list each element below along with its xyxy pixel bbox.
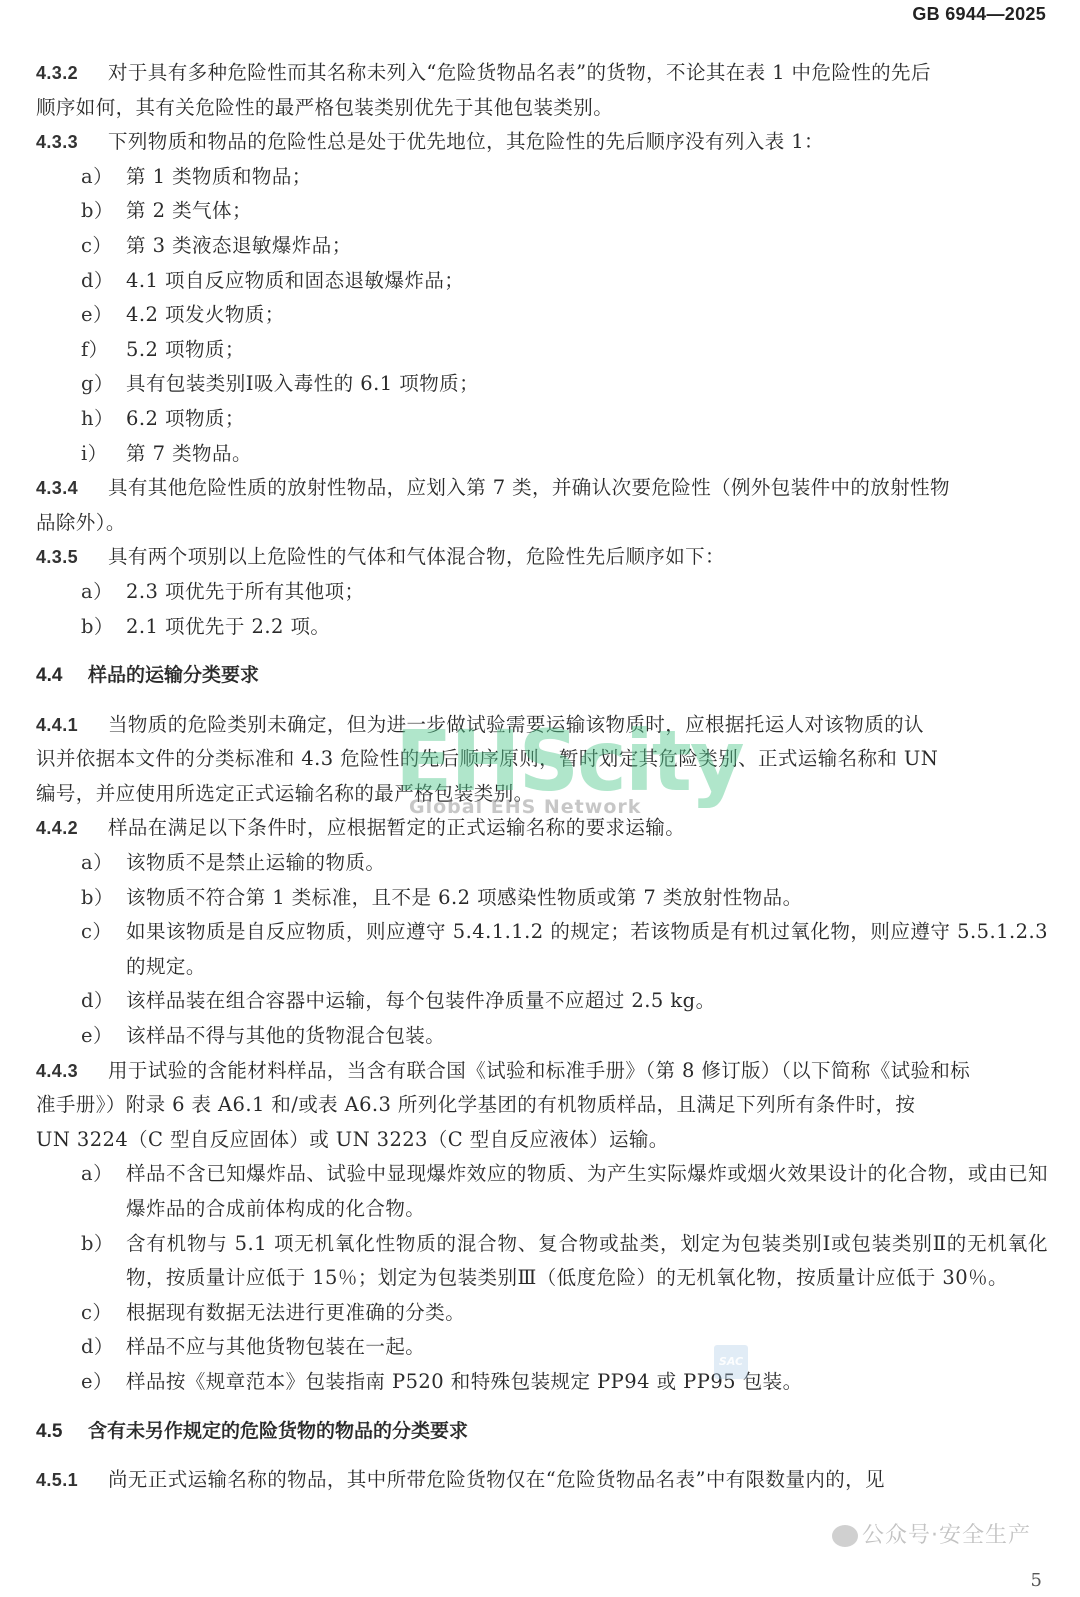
list-label: g） — [81, 367, 114, 402]
wechat-icon — [832, 1525, 858, 1547]
list-item: i）第 7 类物品。 — [36, 437, 1048, 472]
list-item: b）含有机物与 5.1 项无机氧化性物质的混合物、复合物或盐类，划定为包装类别Ⅰ… — [36, 1227, 1048, 1296]
list-item: a）第 1 类物质和物品； — [36, 160, 1048, 195]
list-label: b） — [81, 194, 114, 229]
clause-text-continued: 品除外）。 — [36, 506, 1048, 541]
clause-number: 4.3.3 — [36, 125, 108, 160]
list-label: d） — [81, 264, 114, 299]
clause-number: 4.3.5 — [36, 540, 108, 575]
list-label: b） — [81, 610, 114, 645]
list-item: e）4.2 项发火物质； — [36, 298, 1048, 333]
list-item: d）样品不应与其他货物包装在一起。 — [36, 1330, 1048, 1365]
list-item: a）2.3 项优先于所有其他项； — [36, 575, 1048, 610]
list-item: a）样品不含已知爆炸品、试验中显现爆炸效应的物质、为产生实际爆炸或烟火效果设计的… — [36, 1157, 1048, 1226]
clause-number: 4.4.3 — [36, 1054, 108, 1089]
clause-number: 4.4.2 — [36, 811, 108, 846]
clause-4-4-3-list: a）样品不含已知爆炸品、试验中显现爆炸效应的物质、为产生实际爆炸或烟火效果设计的… — [36, 1157, 1048, 1399]
clause-4-5-1: 4.5.1尚无正式运输名称的物品，其中所带危险货物仅在“危险货物品名表”中有限数… — [36, 1463, 1048, 1498]
clause-4-4-1: 4.4.1当物质的危险类别未确定，但为进一步做试验需要运输该物质时，应根据托运人… — [36, 708, 1048, 812]
list-label: a） — [81, 160, 113, 195]
list-label: e） — [81, 1365, 113, 1400]
list-item: b）2.1 项优先于 2.2 项。 — [36, 610, 1048, 645]
list-label: i） — [81, 437, 108, 472]
list-item: c）如果该物质是自反应物质，则应遵守 5.4.1.1.2 的规定；若该物质是有机… — [36, 915, 1048, 984]
list-label: c） — [81, 229, 112, 264]
list-item: d）4.1 项自反应物质和固态退敏爆炸品； — [36, 264, 1048, 299]
clause-4-3-2: 4.3.2对于具有多种危险性而其名称未列入“危险货物品名表”的货物，不论其在表 … — [36, 56, 1048, 125]
list-label: e） — [81, 1019, 113, 1054]
list-text: 该样品不得与其他的货物混合包装。 — [126, 1024, 445, 1047]
list-text: 2.3 项优先于所有其他项； — [126, 580, 365, 603]
section-number: 4.5 — [36, 1415, 88, 1450]
clause-number: 4.4.1 — [36, 708, 108, 743]
list-label: f） — [81, 333, 109, 368]
list-text: 第 1 类物质和物品； — [126, 165, 312, 188]
clause-4-3-5: 4.3.5具有两个项别以上危险性的气体和气体混合物，危险性先后顺序如下： — [36, 540, 1048, 575]
clause-4-4-3: 4.4.3用于试验的含能材料样品，当含有联合国《试验和标准手册》（第 8 修订版… — [36, 1054, 1048, 1158]
list-item: f）5.2 项物质； — [36, 333, 1048, 368]
clause-4-4-2: 4.4.2样品在满足以下条件时，应根据暂定的正式运输名称的要求运输。 — [36, 811, 1048, 846]
page-number: 5 — [1031, 1570, 1042, 1591]
list-text: 根据现有数据无法进行更准确的分类。 — [126, 1301, 465, 1324]
clause-text-continued: 识并依据本文件的分类标准和 4.3 危险性的先后顺序原则，暂时划定其危险类别、正… — [36, 742, 1048, 777]
clause-text: 具有两个项别以上危险性的气体和气体混合物，危险性先后顺序如下： — [108, 545, 725, 568]
list-text: 第 2 类气体； — [126, 199, 252, 222]
section-heading-4-5: 4.5含有未另作规定的危险货物的物品的分类要求 — [36, 1414, 1048, 1450]
list-item: g）具有包装类别Ⅰ吸入毒性的 6.1 项物质； — [36, 367, 1048, 402]
list-item: b）该物质不符合第 1 类标准，且不是 6.2 项感染性物质或第 7 类放射性物… — [36, 881, 1048, 916]
list-label: a） — [81, 1157, 113, 1192]
list-text: 4.2 项发火物质； — [126, 303, 285, 326]
clause-text: 对于具有多种危险性而其名称未列入“危险货物品名表”的货物，不论其在表 1 中危险… — [108, 61, 931, 84]
clause-text: 当物质的危险类别未确定，但为进一步做试验需要运输该物质时，应根据托运人对该物质的… — [108, 713, 924, 736]
section-title: 含有未另作规定的危险货物的物品的分类要求 — [88, 1420, 468, 1442]
list-text: 第 7 类物品。 — [126, 442, 252, 465]
list-label: d） — [81, 1330, 114, 1365]
list-text: 如果该物质是自反应物质，则应遵守 5.4.1.1.2 的规定；若该物质是有机过氧… — [126, 920, 1048, 978]
clause-4-3-4: 4.3.4具有其他危险性质的放射性物品，应划入第 7 类，并确认次要危险性（例外… — [36, 471, 1048, 540]
clause-4-3-3-list: a）第 1 类物质和物品； b）第 2 类气体； c）第 3 类液态退敏爆炸品；… — [36, 160, 1048, 471]
list-item: c）第 3 类液态退敏爆炸品； — [36, 229, 1048, 264]
list-item: e）该样品不得与其他的货物混合包装。 — [36, 1019, 1048, 1054]
list-text: 5.2 项物质； — [126, 338, 245, 361]
list-item: e）样品按《规章范本》包装指南 P520 和特殊包装规定 PP94 或 PP95… — [36, 1365, 1048, 1400]
standard-code-header: GB 6944—2025 — [912, 4, 1046, 25]
wechat-watermark-text: 公众号·安全生产 — [862, 1523, 1031, 1548]
list-label: e） — [81, 298, 113, 333]
clause-text-continued: UN 3224（C 型自反应固体）或 UN 3223（C 型自反应液体）运输。 — [36, 1123, 1048, 1158]
list-label: b） — [81, 1227, 114, 1262]
list-text: 样品不含已知爆炸品、试验中显现爆炸效应的物质、为产生实际爆炸或烟火效果设计的化合… — [126, 1162, 1048, 1220]
clause-number: 4.3.4 — [36, 471, 108, 506]
list-item: c）根据现有数据无法进行更准确的分类。 — [36, 1296, 1048, 1331]
list-label: a） — [81, 846, 113, 881]
list-item: h）6.2 项物质； — [36, 402, 1048, 437]
list-text: 6.2 项物质； — [126, 407, 245, 430]
list-text: 样品按《规章范本》包装指南 P520 和特殊包装规定 PP94 或 PP95 包… — [126, 1370, 803, 1393]
list-text: 样品不应与其他货物包装在一起。 — [126, 1335, 425, 1358]
list-text: 该样品装在组合容器中运输，每个包装件净质量不应超过 2.5 kg。 — [126, 989, 716, 1012]
clause-text: 尚无正式运输名称的物品，其中所带危险货物仅在“危险货物品名表”中有限数量内的，见 — [108, 1468, 885, 1491]
sac-logo-icon: SAC — [714, 1345, 748, 1379]
clause-number: 4.5.1 — [36, 1463, 108, 1498]
section-heading-4-4: 4.4样品的运输分类要求 — [36, 658, 1048, 694]
clause-text-continued: 顺序如何，其有关危险性的最严格包装类别优先于其他包装类别。 — [36, 91, 1048, 126]
list-item: b）第 2 类气体； — [36, 194, 1048, 229]
list-label: d） — [81, 984, 114, 1019]
clause-text: 下列物质和物品的危险性总是处于优先地位，其危险性的先后顺序没有列入表 1： — [108, 130, 824, 153]
clause-4-3-5-list: a）2.3 项优先于所有其他项； b）2.1 项优先于 2.2 项。 — [36, 575, 1048, 644]
list-label: c） — [81, 915, 112, 950]
list-text: 该物质不符合第 1 类标准，且不是 6.2 项感染性物质或第 7 类放射性物品。 — [126, 886, 803, 909]
list-label: a） — [81, 575, 113, 610]
clause-number: 4.3.2 — [36, 56, 108, 91]
clause-text-continued: 编号，并应使用所选定正式运输名称的最严格包装类别。 — [36, 777, 1048, 812]
wechat-watermark: 公众号·安全生产 — [832, 1518, 1031, 1549]
document-body: 4.3.2对于具有多种危险性而其名称未列入“危险货物品名表”的货物，不论其在表 … — [36, 56, 1048, 1498]
clause-text: 样品在满足以下条件时，应根据暂定的正式运输名称的要求运输。 — [108, 816, 685, 839]
list-text: 4.1 项自反应物质和固态退敏爆炸品； — [126, 269, 464, 292]
clause-4-4-2-list: a）该物质不是禁止运输的物质。 b）该物质不符合第 1 类标准，且不是 6.2 … — [36, 846, 1048, 1054]
list-item: a）该物质不是禁止运输的物质。 — [36, 846, 1048, 881]
list-label: h） — [81, 402, 114, 437]
list-text: 该物质不是禁止运输的物质。 — [126, 851, 385, 874]
list-text: 具有包装类别Ⅰ吸入毒性的 6.1 项物质； — [126, 372, 479, 395]
section-number: 4.4 — [36, 659, 88, 694]
list-label: c） — [81, 1296, 112, 1331]
list-item: d）该样品装在组合容器中运输，每个包装件净质量不应超过 2.5 kg。 — [36, 984, 1048, 1019]
section-title: 样品的运输分类要求 — [88, 664, 259, 686]
clause-4-3-3: 4.3.3下列物质和物品的危险性总是处于优先地位，其危险性的先后顺序没有列入表 … — [36, 125, 1048, 160]
clause-text: 用于试验的含能材料样品，当含有联合国《试验和标准手册》（第 8 修订版）（以下简… — [108, 1059, 970, 1082]
list-label: b） — [81, 881, 114, 916]
list-text: 2.1 项优先于 2.2 项。 — [126, 615, 330, 638]
clause-text: 具有其他危险性质的放射性物品，应划入第 7 类，并确认次要危险性（例外包装件中的… — [108, 476, 950, 499]
list-text: 第 3 类液态退敏爆炸品； — [126, 234, 352, 257]
clause-text-continued: 准手册》）附录 6 表 A6.1 和/或表 A6.3 所列化学基团的有机物质样品… — [36, 1088, 1048, 1123]
list-text: 含有机物与 5.1 项无机氧化性物质的混合物、复合物或盐类，划定为包装类别Ⅰ或包… — [126, 1232, 1048, 1290]
